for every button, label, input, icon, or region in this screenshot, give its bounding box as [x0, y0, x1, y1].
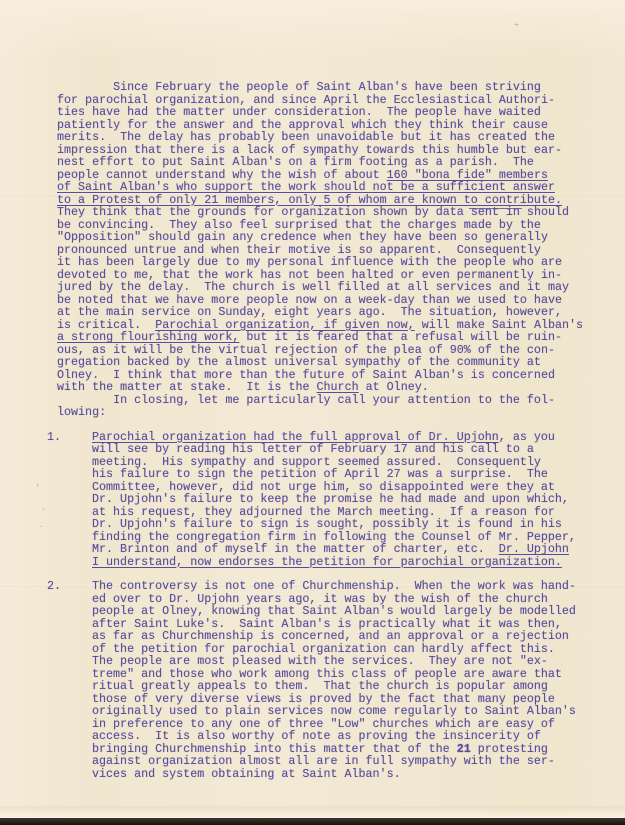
- text-line: Dr. Upjohn's failure to sign is sought, …: [92, 518, 576, 531]
- text-line: as far as Churchmenship is concerned, an…: [92, 630, 576, 643]
- letter-body: Since February the people of Saint Alban…: [57, 81, 602, 780]
- text-line: originally used to plain services now co…: [92, 705, 576, 718]
- struck-text: sent in: [471, 205, 520, 219]
- text-line: Since February the people of Saint Alban…: [57, 81, 602, 94]
- text-line: Dr. Upjohn's failure to keep the promise…: [92, 493, 576, 506]
- text-line: ties have had the matter under considera…: [57, 106, 602, 119]
- text-line: will see by reading his letter of Februa…: [92, 443, 576, 456]
- text-line: The people are most pleased with the ser…: [92, 655, 576, 668]
- text-line: merits. The delay has probably been unav…: [57, 131, 602, 144]
- item-number: 1.: [47, 431, 92, 444]
- pencil-mark: +: [514, 21, 519, 30]
- text-line: lowing:: [57, 406, 602, 419]
- paper-bottom-highlight: [0, 806, 625, 818]
- text-line: In closing, let me particularly call you…: [57, 394, 602, 407]
- text-line: with the matter at stake. It is the Chur…: [57, 381, 602, 394]
- text-line: against organization almost all are in f…: [92, 755, 576, 768]
- text-line: I understand, now endorses the petition …: [92, 556, 576, 569]
- paragraph: Since February the people of Saint Alban…: [57, 81, 602, 394]
- item-number: 2.: [47, 580, 92, 593]
- numbered-item: 2.The controversy is not one of Churchme…: [47, 580, 602, 780]
- text-line: "Opposition" should gain any credence wh…: [57, 231, 602, 244]
- ink-speck: .: [39, 521, 44, 530]
- text-line: a strong flourishing work, but it is fea…: [57, 331, 602, 344]
- text-line: vices and system obtaining at Saint Alba…: [92, 768, 576, 781]
- text-line: gregation backed by the almost universal…: [57, 356, 602, 369]
- item-text: Parochial organization had the full appr…: [92, 431, 576, 569]
- text-line: The controversy is not one of Churchmens…: [92, 580, 576, 593]
- text-line: access. It is also worthy of note as pro…: [92, 730, 576, 743]
- text-line: people at Olney, knowing that Saint Alba…: [92, 605, 576, 618]
- paragraph: In closing, let me particularly call you…: [57, 394, 602, 419]
- scan-bottom-edge: [0, 818, 625, 825]
- text-line: They think that the grounds for organiza…: [57, 206, 602, 219]
- numbered-item: 1.Parochial organization had the full ap…: [47, 431, 602, 569]
- text-line: it has been largely due to my personal i…: [57, 256, 602, 269]
- letter-page: Since February the people of Saint Alban…: [0, 0, 625, 825]
- underlined-text: I understand, now endorses the petition …: [92, 555, 562, 569]
- text-line: ritual greatly appeals to them. That the…: [92, 680, 576, 693]
- underlined-text: a strong flourishing work,: [57, 330, 239, 344]
- text-line: his failure to sign the petition of Apri…: [92, 468, 576, 481]
- item-text: The controversy is not one of Churchmens…: [92, 580, 576, 780]
- ink-speck: ,: [36, 479, 41, 488]
- ink-speck: ʻ: [41, 508, 46, 517]
- text-line: jured by the delay. The church is well f…: [57, 281, 602, 294]
- underlined-text: Church: [317, 380, 359, 394]
